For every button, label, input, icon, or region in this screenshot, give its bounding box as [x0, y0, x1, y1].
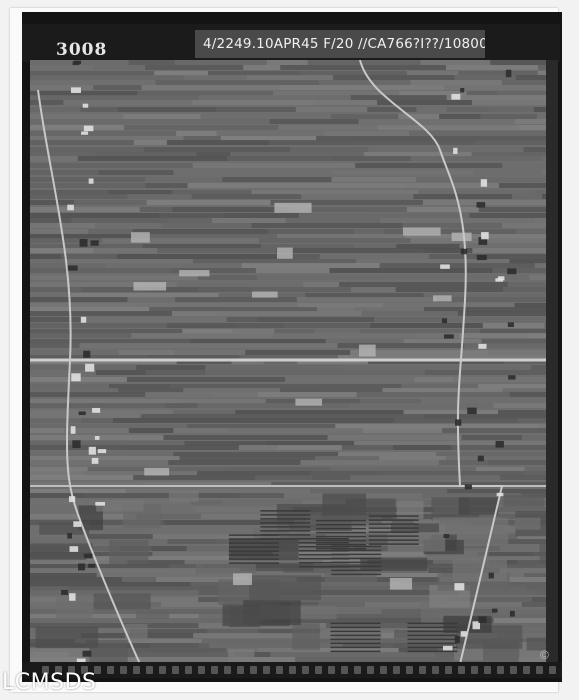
sprocket-holes-icon: [22, 662, 562, 678]
film-right-edge: [546, 60, 558, 670]
film-sprocket-strip: [22, 662, 562, 678]
archive-watermark: LCMSDS: [2, 670, 96, 695]
copyright-icon: ©: [540, 648, 549, 662]
aerial-photograph: [30, 60, 546, 664]
frame-number: 3008: [56, 40, 107, 60]
sortie-annotation: 4/2249.10APR45 F/20 //CA766?I??/10800: [195, 30, 485, 58]
terrain-drawing: [30, 60, 546, 664]
